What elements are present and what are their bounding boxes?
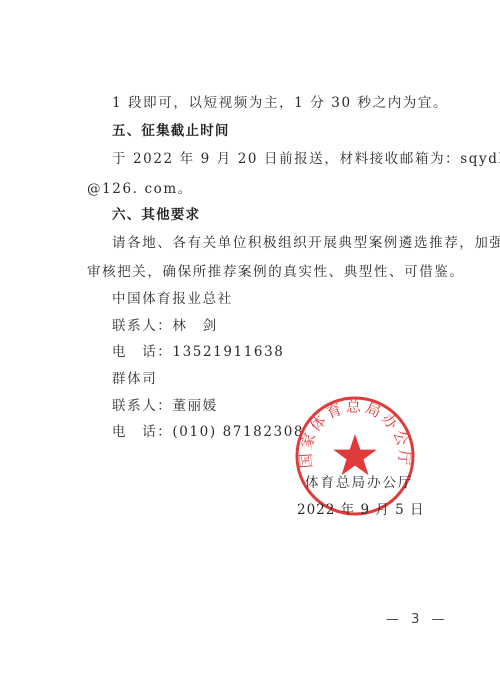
paragraph-requirements-line1: 请各地、各有关单位积极组织开展典型案例遴选推荐，加强 (112, 231, 500, 251)
contact-person-1: 联系人：林 剑 (112, 314, 218, 334)
contact-org-1: 中国体育报业总社 (112, 287, 233, 307)
paragraph-requirements-line2: 审核把关，确保所推荐案例的真实性、典型性、可借鉴。 (87, 260, 465, 280)
contact-phone-1: 电 话：13521911638 (112, 340, 284, 360)
section-heading-deadline: 五、征集截止时间 (112, 119, 230, 139)
contact-phone-2: 电 话：(010) 87182308 (112, 420, 304, 440)
issuer-name: 体育总局办公厅 (305, 471, 414, 491)
section-heading-other-requirements: 六、其他要求 (112, 203, 200, 223)
contact-person-2: 联系人：董丽媛 (112, 394, 218, 414)
paragraph-deadline-line1: 于 2022 年 9 月 20 日前报送，材料接收邮箱为：sqydh2022 (112, 147, 500, 167)
contact-org-2: 群体司 (112, 367, 157, 387)
page-number: — 3 — (386, 612, 449, 627)
paragraph-deadline-line2: @126. com。 (87, 177, 193, 197)
issue-date: 2022 年 9 月 5 日 (297, 498, 425, 518)
paragraph-video-length: 1 段即可，以短视频为主，1 分 30 秒之内为宜。 (112, 91, 448, 111)
